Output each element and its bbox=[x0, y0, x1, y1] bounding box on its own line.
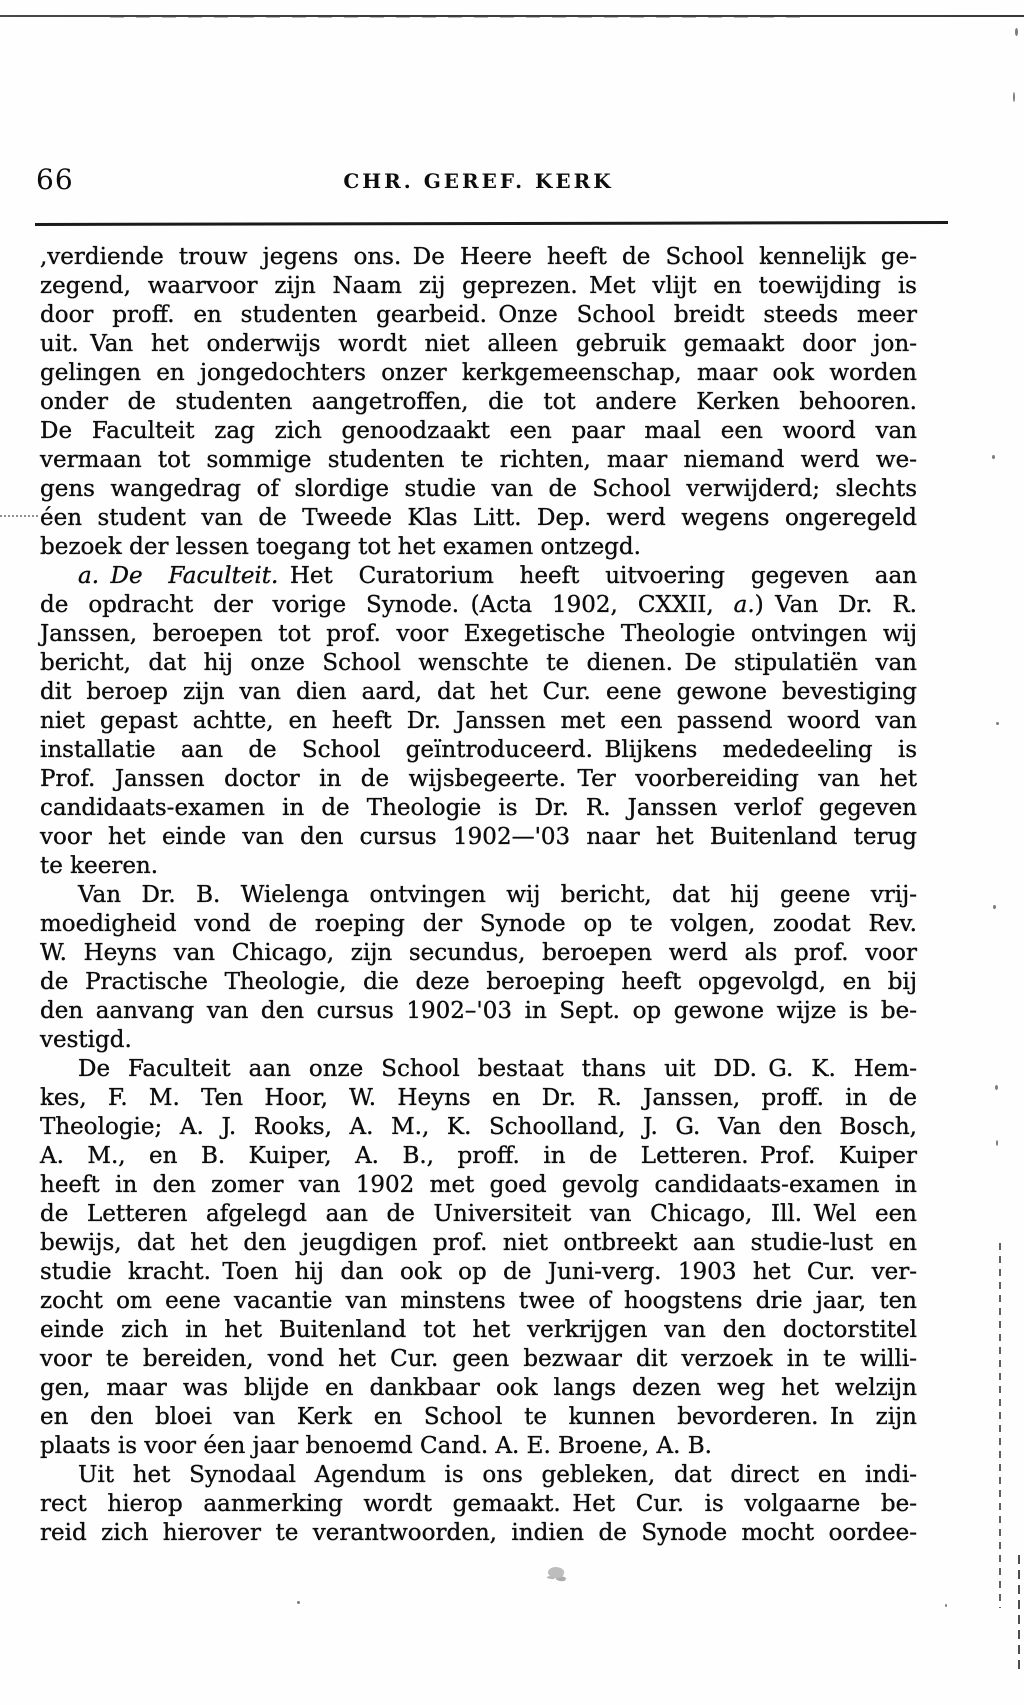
scanned-book-page: 66 CHR. GEREF. KERK ,verdiende trouw jeg… bbox=[0, 0, 1024, 1705]
page-body: ,verdiende trouw jegens ons. De Heere he… bbox=[40, 243, 917, 1548]
text-line: de opdracht der vorige Synode. (Acta 190… bbox=[40, 591, 917, 620]
text-line: gens wangedrag of slordige studie van de… bbox=[40, 475, 917, 504]
text-line: Van Dr. B. Wielenga ontvingen wij berich… bbox=[40, 881, 917, 910]
text-segment: vermaan tot sommige studenten te richten… bbox=[40, 447, 917, 473]
text-line: niet gepast achtte, en heeft Dr. Janssen… bbox=[40, 707, 917, 736]
text-segment: installatie aan de School geïntroduceerd… bbox=[40, 737, 917, 763]
text-line: a. De Faculteit. Het Curatorium heeft ui… bbox=[40, 562, 917, 591]
text-segment: gelingen en jongedochters onzer kerkgeme… bbox=[40, 360, 917, 386]
text-line: de Practische Theologie, die deze beroep… bbox=[40, 968, 917, 997]
text-line: voor het einde van den cursus 1902—'03 n… bbox=[40, 823, 917, 852]
text-line: Theologie; A. J. Rooks, A. M., K. School… bbox=[40, 1113, 917, 1142]
text-line: voor te bereiden, vond het Cur. geen bez… bbox=[40, 1345, 917, 1374]
text-segment: De Faculteit aan onze School bestaat tha… bbox=[78, 1056, 917, 1082]
text-line: gen, maar was blijde en dankbaar ook lan… bbox=[40, 1374, 917, 1403]
text-segment: uit. Van het onderwijs wordt niet alleen… bbox=[40, 331, 917, 357]
text-segment: Theologie; A. J. Rooks, A. M., K. School… bbox=[40, 1114, 917, 1140]
text-line: te keeren. bbox=[40, 852, 917, 881]
text-line: kes, F. M. Ten Hoor, W. Heyns en Dr. R. … bbox=[40, 1084, 917, 1113]
text-segment: rect hierop aanmerking wordt gemaakt. He… bbox=[40, 1491, 917, 1517]
text-line: De Faculteit zag zich genoodzaakt een pa… bbox=[40, 417, 917, 446]
text-segment: kes, F. M. Ten Hoor, W. Heyns en Dr. R. … bbox=[40, 1085, 917, 1111]
text-segment: A. M., en B. Kuiper, A. B., proff. in de… bbox=[40, 1143, 917, 1169]
text-line: zegend, waarvoor zijn Naam zij geprezen.… bbox=[40, 272, 917, 301]
text-segment: de Letteren afgelegd aan de Universiteit… bbox=[40, 1201, 917, 1227]
text-line: gelingen en jongedochters onzer kerkgeme… bbox=[40, 359, 917, 388]
text-segment: Van Dr. B. Wielenga ontvingen wij berich… bbox=[78, 882, 917, 908]
scan-speckle bbox=[995, 1085, 998, 1090]
text-segment: te keeren. bbox=[40, 853, 158, 879]
text-segment: Prof. Janssen doctor in de wijsbegeerte.… bbox=[40, 766, 917, 792]
text-line: den aanvang van den cursus 1902–'03 in S… bbox=[40, 997, 917, 1026]
text-segment: studie kracht. Toen hij dan ook op de Ju… bbox=[40, 1259, 917, 1285]
text-line: uit. Van het onderwijs wordt niet alleen… bbox=[40, 330, 917, 359]
text-segment: de opdracht der vorige Synode. (Acta 190… bbox=[40, 592, 734, 618]
text-segment: bericht, dat hij onze School wenschte te… bbox=[40, 650, 917, 676]
text-line: zocht om eene vacantie van minstens twee… bbox=[40, 1287, 917, 1316]
scan-speckle bbox=[992, 455, 995, 459]
text-line: de Letteren afgelegd aan de Universiteit… bbox=[40, 1200, 917, 1229]
text-segment: moedigheid vond de roeping der Synode op… bbox=[40, 911, 917, 937]
text-segment: ,verdiende trouw jegens ons. De Heere he… bbox=[40, 244, 917, 270]
text-line: bericht, dat hij onze School wenschte te… bbox=[40, 649, 917, 678]
scan-speckle bbox=[996, 1140, 998, 1146]
scan-artifact-left-margin-dots bbox=[0, 515, 38, 517]
text-line: onder de studenten aangetroffen, die tot… bbox=[40, 388, 917, 417]
text-line: bewijs, dat het den jeugdigen prof. niet… bbox=[40, 1229, 917, 1258]
text-segment: gen, maar was blijde en dankbaar ook lan… bbox=[40, 1375, 917, 1401]
text-segment: Het Curatorium heeft uitvoering gegeven … bbox=[278, 563, 917, 589]
scan-ink-smudge bbox=[547, 1565, 565, 1579]
text-segment: ) Van Dr. R. bbox=[755, 592, 917, 618]
text-line: candidaats-examen in de Theologie is Dr.… bbox=[40, 794, 917, 823]
text-line: Uit het Synodaal Agendum is ons gebleken… bbox=[40, 1461, 917, 1490]
scan-artifact-right-edge-line bbox=[1018, 1555, 1020, 1670]
text-segment: onder de studenten aangetroffen, die tot… bbox=[40, 389, 917, 415]
text-line: door proff. en studenten gearbeid. Onze … bbox=[40, 301, 917, 330]
text-line: vermaan tot sommige studenten te richten… bbox=[40, 446, 917, 475]
scan-speckle bbox=[1015, 28, 1018, 36]
text-line: reid zich hierover te verantwoorden, ind… bbox=[40, 1519, 917, 1548]
text-segment: W. Heyns van Chicago, zijn secundus, ber… bbox=[40, 940, 917, 966]
text-segment: Uit het Synodaal Agendum is ons gebleken… bbox=[78, 1462, 917, 1488]
scan-artifact-right-dashed-line bbox=[999, 1243, 1001, 1608]
running-header-title: CHR. GEREF. KERK bbox=[40, 169, 917, 193]
text-segment: zocht om eene vacantie van minstens twee… bbox=[40, 1288, 917, 1314]
text-line: dit beroep zijn van dien aard, dat het C… bbox=[40, 678, 917, 707]
text-segment: zegend, waarvoor zijn Naam zij geprezen.… bbox=[40, 273, 917, 299]
text-line: installatie aan de School geïntroduceerd… bbox=[40, 736, 917, 765]
scan-speckle bbox=[996, 722, 999, 725]
text-line: en den bloei van Kerk en School te kunne… bbox=[40, 1403, 917, 1432]
header-rule bbox=[35, 221, 948, 226]
text-segment: candidaats-examen in de Theologie is Dr.… bbox=[40, 795, 917, 821]
text-segment: gens wangedrag of slordige studie van de… bbox=[40, 476, 917, 502]
text-line: De Faculteit aan onze School bestaat tha… bbox=[40, 1055, 917, 1084]
text-segment: reid zich hierover te verantwoorden, ind… bbox=[40, 1520, 917, 1546]
text-segment: door proff. en studenten gearbeid. Onze … bbox=[40, 302, 917, 328]
text-segment: einde zich in het Buitenland tot het ver… bbox=[40, 1317, 917, 1343]
text-line: studie kracht. Toen hij dan ook op de Ju… bbox=[40, 1258, 917, 1287]
scan-speckle bbox=[297, 1601, 300, 1604]
text-segment: en den bloei van Kerk en School te kunne… bbox=[40, 1404, 917, 1430]
text-segment: den aanvang van den cursus 1902–'03 in S… bbox=[40, 998, 917, 1024]
text-line: ,verdiende trouw jegens ons. De Heere he… bbox=[40, 243, 917, 272]
text-segment: bewijs, dat het den jeugdigen prof. niet… bbox=[40, 1230, 917, 1256]
text-line: rect hierop aanmerking wordt gemaakt. He… bbox=[40, 1490, 917, 1519]
text-segment: bezoek der lessen toegang tot het examen… bbox=[40, 534, 641, 560]
text-line: einde zich in het Buitenland tot het ver… bbox=[40, 1316, 917, 1345]
text-segment: éen student van de Tweede Klas Litt. Dep… bbox=[40, 505, 917, 531]
text-segment: heeft in den zomer van 1902 met goed gev… bbox=[40, 1172, 917, 1198]
italic-text-segment: a. De Faculteit. bbox=[78, 563, 278, 589]
text-line: plaats is voor éen jaar benoemd Cand. A.… bbox=[40, 1432, 917, 1461]
text-line: W. Heyns van Chicago, zijn secundus, ber… bbox=[40, 939, 917, 968]
text-segment: plaats is voor éen jaar benoemd Cand. A.… bbox=[40, 1433, 712, 1459]
text-line: moedigheid vond de roeping der Synode op… bbox=[40, 910, 917, 939]
text-line: Janssen, beroepen tot prof. voor Exegeti… bbox=[40, 620, 917, 649]
text-segment: voor te bereiden, vond het Cur. geen bez… bbox=[40, 1346, 917, 1372]
text-segment: De Faculteit zag zich genoodzaakt een pa… bbox=[40, 418, 917, 444]
text-segment: vestigd. bbox=[40, 1027, 132, 1053]
scan-speckle bbox=[993, 905, 996, 909]
text-segment: dit beroep zijn van dien aard, dat het C… bbox=[40, 679, 917, 705]
text-segment: niet gepast achtte, en heeft Dr. Janssen… bbox=[40, 708, 917, 734]
text-segment: de Practische Theologie, die deze beroep… bbox=[40, 969, 917, 995]
text-line: heeft in den zomer van 1902 met goed gev… bbox=[40, 1171, 917, 1200]
scan-speckle bbox=[945, 1604, 947, 1607]
text-segment: voor het einde van den cursus 1902—'03 n… bbox=[40, 824, 917, 850]
text-line: A. M., en B. Kuiper, A. B., proff. in de… bbox=[40, 1142, 917, 1171]
text-line: Prof. Janssen doctor in de wijsbegeerte.… bbox=[40, 765, 917, 794]
italic-text-segment: a. bbox=[734, 592, 755, 618]
text-line: éen student van de Tweede Klas Litt. Dep… bbox=[40, 504, 917, 533]
scan-speckle bbox=[1013, 92, 1015, 102]
scan-edge-line bbox=[0, 15, 1024, 17]
text-line: vestigd. bbox=[40, 1026, 917, 1055]
text-line: bezoek der lessen toegang tot het examen… bbox=[40, 533, 917, 562]
text-segment: Janssen, beroepen tot prof. voor Exegeti… bbox=[40, 621, 917, 647]
